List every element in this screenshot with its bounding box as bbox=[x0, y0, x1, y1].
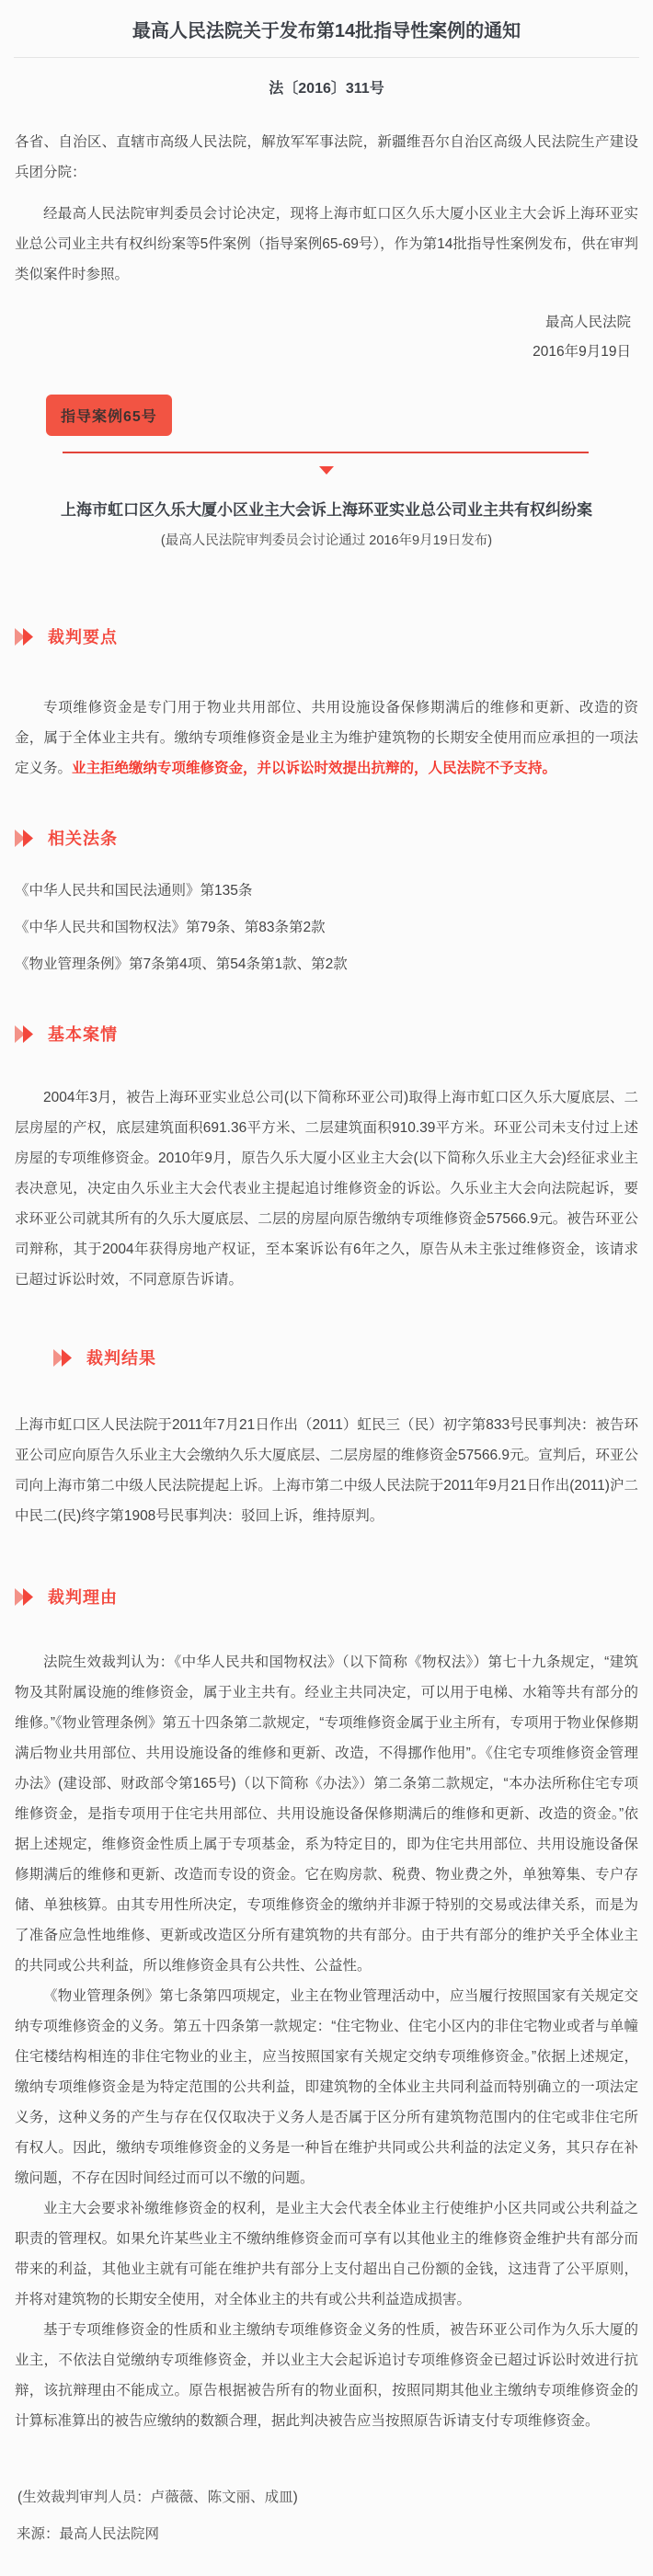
section-heading: 相关法条 bbox=[48, 826, 118, 850]
key-points-paragraph: 专项维修资金是专门用于物业共用部位、共用设施设备保修期满后的维修和更新、改造的资… bbox=[0, 693, 653, 784]
section-judgment-reasons-header: 裁判理由 bbox=[0, 1585, 653, 1609]
judges-line: (生效裁判审判人员：卢薇薇、陈文丽、成皿) bbox=[0, 2484, 653, 2512]
guiding-case-page: 最高人民法院关于发布第14批指导性案例的通知 法〔2016〕311号 各省、自治… bbox=[0, 0, 653, 2576]
double-arrow-icon bbox=[15, 1025, 40, 1043]
notice-signature-block: 最高人民法院 2016年9月19日 bbox=[0, 308, 653, 367]
judgment-reasons-paragraph: 基于专项维修资金的性质和业主缴纳专项维修资金义务的性质，被告环亚公司作为久乐大厦… bbox=[0, 2315, 653, 2436]
title-divider bbox=[14, 57, 639, 58]
section-basic-facts-header: 基本案情 bbox=[0, 1022, 653, 1046]
law-list: 《中华人民共和国民法通则》第135条 《中华人民共和国物权法》第79条、第83条… bbox=[0, 876, 653, 979]
law-item: 《中华人民共和国民法通则》第135条 bbox=[0, 876, 653, 906]
doc-number: 法〔2016〕311号 bbox=[0, 76, 653, 97]
judgment-reasons-paragraph: 业主大会要求补缴维修资金的权利，是业主大会代表全体业主行使维护小区共同或公共利益… bbox=[0, 2193, 653, 2315]
section-heading: 裁判结果 bbox=[86, 1345, 156, 1369]
page-footer: (生效裁判审判人员：卢薇薇、陈文丽、成皿) 来源：最高人民法院网 bbox=[0, 2484, 653, 2548]
law-item: 《中华人民共和国物权法》第79条、第83条第2款 bbox=[0, 912, 653, 943]
section-heading: 裁判要点 bbox=[48, 624, 118, 648]
section-judgment-reasons: 裁判理由 法院生效裁判认为：《中华人民共和国物权法》（以下简称《物权法》）第七十… bbox=[0, 1585, 653, 2436]
basic-facts-paragraph: 2004年3月，被告上海环亚实业总公司(以下简称环亚公司)取得上海市虹口区久乐大… bbox=[0, 1082, 653, 1295]
section-judgment-result-header: 裁判结果 bbox=[39, 1345, 653, 1369]
double-arrow-icon bbox=[15, 1588, 40, 1606]
double-arrow-icon bbox=[53, 1349, 78, 1367]
notice-title: 最高人民法院关于发布第14批指导性案例的通知 bbox=[0, 13, 653, 44]
notice-signature: 最高人民法院 bbox=[0, 308, 653, 338]
double-arrow-icon bbox=[15, 830, 40, 847]
section-key-points: 裁判要点 专项维修资金是专门用于物业共用部位、共用设施设备保修期满后的维修和更新… bbox=[0, 624, 653, 784]
section-related-laws: 相关法条 《中华人民共和国民法通则》第135条 《中华人民共和国物权法》第79条… bbox=[0, 826, 653, 979]
source-line: 来源：最高人民法院网 bbox=[0, 2521, 653, 2548]
double-arrow-icon bbox=[15, 628, 40, 646]
notice-date: 2016年9月19日 bbox=[0, 338, 653, 367]
section-basic-facts: 基本案情 2004年3月，被告上海环亚实业总公司(以下简称环亚公司)取得上海市虹… bbox=[0, 1022, 653, 1295]
judgment-reasons-paragraph: 《物业管理条例》第七条第四项规定，业主在物业管理活动中，应当履行按照国家有关规定… bbox=[0, 1981, 653, 2193]
section-related-laws-header: 相关法条 bbox=[0, 826, 653, 850]
notice-salutation: 各省、自治区、直辖市高级人民法院，解放军军事法院，新疆维吾尔自治区高级人民法院生… bbox=[0, 127, 653, 188]
section-heading: 基本案情 bbox=[48, 1022, 118, 1046]
case-title: 上海市虹口区久乐大厦小区业主大会诉上海环亚实业总公司业主共有权纠纷案 bbox=[0, 498, 653, 522]
notice-body: 经最高人民法院审判委员会讨论决定，现将上海市虹口区久乐大厦小区业主大会诉上海环亚… bbox=[0, 199, 653, 290]
judgment-result-paragraph: 上海市虹口区人民法院于2011年7月21日作出（2011）虹民三（民）初字第83… bbox=[0, 1410, 653, 1531]
triangle-down-icon bbox=[319, 466, 334, 475]
red-divider-line bbox=[63, 452, 589, 453]
section-heading: 裁判理由 bbox=[48, 1585, 118, 1609]
section-key-points-header: 裁判要点 bbox=[0, 624, 653, 648]
key-points-highlight: 业主拒绝缴纳专项维修资金，并以诉讼时效提出抗辩的，人民法院不予支持。 bbox=[72, 761, 556, 776]
case-number-badge: 指导案例65号 bbox=[46, 395, 172, 436]
judgment-reasons-paragraph: 法院生效裁判认为：《中华人民共和国物权法》（以下简称《物权法》）第七十九条规定，… bbox=[0, 1647, 653, 1981]
section-judgment-result: 裁判结果 上海市虹口区人民法院于2011年7月21日作出（2011）虹民三（民）… bbox=[0, 1345, 653, 1531]
law-item: 《物业管理条例》第7条第4项、第54条第1款、第2款 bbox=[0, 949, 653, 979]
case-subtitle: (最高人民法院审判委员会讨论通过 2016年9月19日发布) bbox=[0, 530, 653, 549]
